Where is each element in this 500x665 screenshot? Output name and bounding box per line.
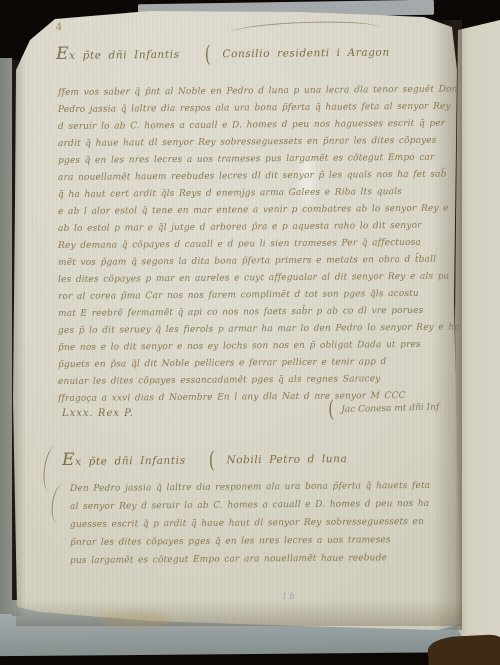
paraph-icon: ( [328, 395, 335, 422]
paraph-icon: ( [204, 41, 211, 68]
scribe-signature: ( Jac Conesa mt dñi Inf [328, 397, 440, 419]
paraph-icon: ( [208, 447, 215, 474]
paper-smudge [100, 612, 170, 628]
letter1-heading: Ex p̃te dñi Infantis ( Consilio resident… [56, 41, 390, 65]
paper-edge-shadow-bottom [16, 600, 462, 626]
letter2-heading: Ex p̃te dñi Infantis ( Nobili Petro d lu… [62, 447, 347, 471]
letter1-heading-left: Ex p̃te dñi Infantis [56, 49, 180, 62]
faint-ink-offset-mark: 1 b [282, 592, 295, 601]
paper-edge-shadow-left [12, 60, 26, 616]
letter2-heading-left: Ex p̃te dñi Infantis [62, 455, 186, 468]
letter1-heading-right: Consilio residenti i Aragon [222, 47, 390, 61]
letter1-closing: Lxxx. Rex P. [62, 408, 134, 419]
manuscript-photo: 4 Ex p̃te dñi Infantis ( Consilio reside… [0, 0, 500, 665]
letter2-heading-right: Nobili Petro d luna [226, 453, 347, 466]
under-page-edge-left [0, 58, 12, 614]
